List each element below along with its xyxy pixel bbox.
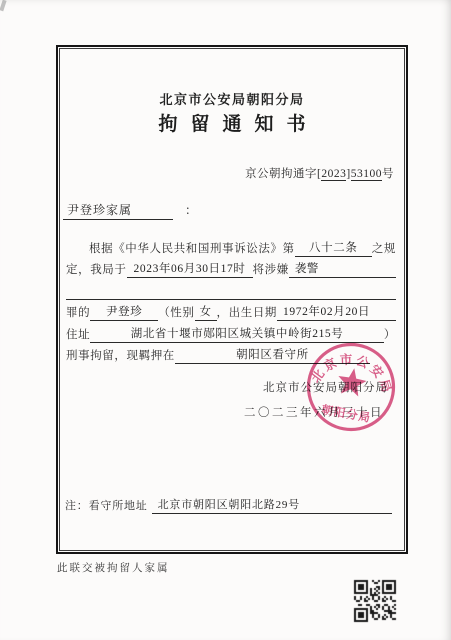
document-title: 拘留通知书 bbox=[58, 109, 419, 136]
legal-basis-text: 根据《中华人民共和国刑事诉讼法》第 bbox=[89, 242, 295, 257]
note-address-fill: 北京市朝阳区朝阳北路29号 bbox=[152, 498, 392, 514]
note-label: 注： bbox=[65, 499, 89, 514]
document-number-serial: 53100 bbox=[351, 168, 382, 181]
document-page: 北京市公安局朝阳分局 拘留通知书 京公朝拘通字[2023]53100号 尹登珍家… bbox=[0, 0, 451, 640]
document-number-year: 2023 bbox=[321, 168, 346, 181]
seal-star-icon bbox=[336, 366, 369, 398]
recipient-name: 尹登珍家属 bbox=[63, 201, 173, 220]
qr-code bbox=[352, 578, 398, 624]
note-line: 注：看守所地址北京市朝阳区朝阳北路29号 bbox=[65, 498, 392, 514]
body-line-1: 根据《中华人民共和国刑事诉讼法》第八十二条之规 bbox=[66, 235, 396, 257]
custody-label: 刑事拘留，现羁押在 bbox=[66, 349, 175, 364]
detention-time-fill: 2023年06月30日17时 bbox=[127, 262, 253, 278]
document-number: 京公朝拘通字[2023]53100号 bbox=[245, 165, 394, 181]
body-line-2: 定，我局于2023年06月30日17时将涉嫌袭警 bbox=[66, 257, 396, 279]
gender-label: （性别 bbox=[158, 306, 194, 321]
line2-mid: 将涉嫌 bbox=[253, 263, 289, 278]
body-line-3 bbox=[66, 278, 396, 300]
gender-fill: 女 bbox=[195, 305, 217, 321]
article-number-fill: 八十二条 bbox=[295, 241, 372, 257]
official-seal: 北京市公安局 朝阳分局 bbox=[298, 334, 405, 441]
body-line-4: 罪的尹登珍（性别女，出生日期1972年02月20日 bbox=[66, 300, 396, 322]
line2-lead: 定，我局于 bbox=[66, 263, 127, 278]
corner-mark bbox=[0, 0, 7, 11]
document-number-prefix: 京公朝拘通字[ bbox=[245, 168, 321, 180]
dob-label: ，出生日期 bbox=[217, 306, 278, 321]
copy-distribution-note: 此联交被拘留人家属 bbox=[57, 560, 170, 575]
note-address-label: 看守所地址 bbox=[89, 499, 148, 514]
line5-close-paren: ） bbox=[384, 328, 396, 343]
detainee-name-fill: 尹登珍 bbox=[90, 305, 158, 321]
line1-tail: 之规 bbox=[372, 242, 396, 257]
address-label: 住址 bbox=[66, 328, 90, 343]
dob-fill: 1972年02月20日 bbox=[277, 305, 396, 321]
document-border-frame: 北京市公安局朝阳分局 拘留通知书 京公朝拘通字[2023]53100号 尹登珍家… bbox=[56, 45, 408, 554]
issuing-agency-header: 北京市公安局朝阳分局 bbox=[58, 89, 406, 108]
recipient-line: 尹登珍家属 ： bbox=[63, 201, 197, 220]
line4-lead: 罪的 bbox=[66, 306, 90, 321]
document-number-suffix: 号 bbox=[382, 168, 394, 180]
suspected-crime-fill: 袭警 bbox=[289, 262, 396, 278]
blank-fill-line bbox=[66, 299, 396, 300]
recipient-colon: ： bbox=[185, 201, 197, 220]
